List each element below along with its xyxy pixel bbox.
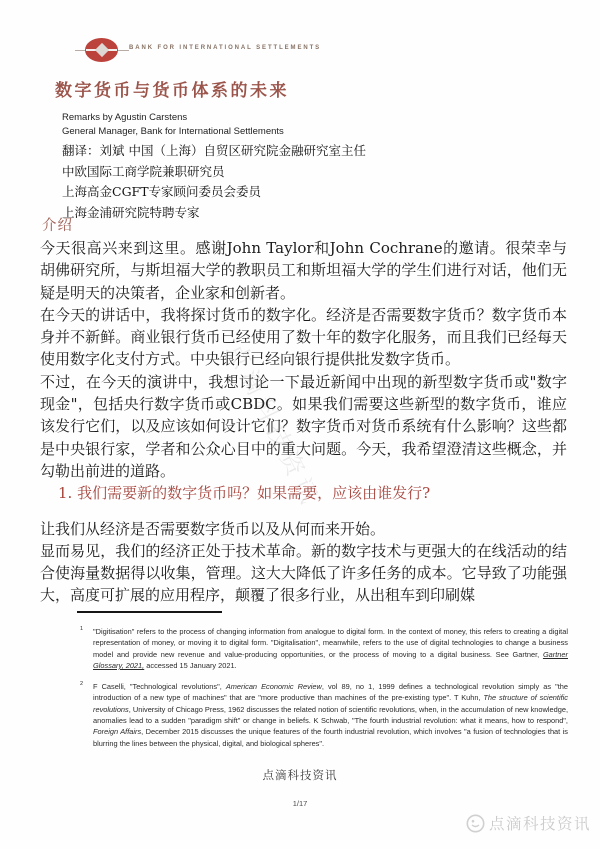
page-number: 1/17 bbox=[0, 799, 600, 808]
document-title: 数字货币与货币体系的未来 bbox=[55, 76, 289, 101]
speaker-remarks-line: Remarks by Agustin Carstens bbox=[62, 111, 284, 125]
footnote-text: accessed 15 January 2021. bbox=[144, 661, 236, 670]
journal-title: Foreign Affairs bbox=[93, 727, 141, 736]
footnote-number: 2 bbox=[80, 679, 83, 690]
body-text: 今天很高兴来到这里。感谢John Taylor和John Cochrane的邀请… bbox=[40, 237, 567, 607]
translator-line: 中欧国际工商学院兼职研究员 bbox=[62, 162, 366, 183]
bis-wordmark: BANK FOR INTERNATIONAL SETTLEMENTS bbox=[129, 45, 321, 51]
speaker-role-line: General Manager, Bank for International … bbox=[62, 125, 284, 139]
bottom-right-watermark: 点滴科技资讯 bbox=[466, 812, 591, 834]
document-page: BANK FOR INTERNATIONAL SETTLEMENTS 数字货币与… bbox=[0, 0, 600, 849]
footer-brand: 点滴科技资讯 bbox=[0, 767, 600, 783]
bottom-right-watermark-text: 点滴科技资讯 bbox=[489, 812, 591, 834]
footnote-2: 2F Caselli, "Technological revolutions",… bbox=[78, 681, 568, 749]
bis-logo bbox=[85, 38, 118, 62]
footnote-text: "Digitisation" refers to the process of … bbox=[93, 627, 568, 659]
speaker-block: Remarks by Agustin Carstens General Mana… bbox=[62, 111, 284, 138]
footnotes-block: 1"Digitisation" refers to the process of… bbox=[78, 626, 568, 759]
translator-line: 翻译：刘斌 中国（上海）自贸区研究院金融研究室主任 bbox=[62, 141, 366, 162]
paragraph: 今天很高兴来到这里。感谢John Taylor和John Cochrane的邀请… bbox=[40, 237, 567, 304]
footnote-number: 1 bbox=[80, 624, 83, 635]
translator-block: 翻译：刘斌 中国（上海）自贸区研究院金融研究室主任 中欧国际工商学院兼职研究员 … bbox=[62, 141, 366, 223]
intro-section-heading: 介绍 bbox=[42, 214, 73, 235]
paragraph-spacer bbox=[40, 505, 567, 518]
footnote-text: F Caselli, "Technological revolutions", bbox=[93, 682, 226, 691]
section-1-heading: 1. 我们需要新的数字货币吗？如果需要，应该由谁发行? bbox=[40, 482, 567, 504]
paragraph: 不过，在今天的演讲中，我想讨论一下最近新闻中出现的新型数字货币或"数字现金"，包… bbox=[40, 371, 567, 482]
translator-line: 上海高金CGFT专家顾问委员会委员 bbox=[62, 182, 366, 203]
translator-line: 上海金浦研究院特聘专家 bbox=[62, 203, 366, 224]
footnote-separator-line bbox=[77, 611, 222, 613]
paragraph: 让我们从经济是否需要数字货币以及从何而来开始。 bbox=[40, 518, 567, 540]
footnote-text: , December 2015 discusses the unique fea… bbox=[93, 727, 568, 747]
paragraph: 显而易见，我们的经济正处于技术革命。新的数字技术与更强大的在线活动的结合使海量数… bbox=[40, 540, 567, 607]
watermark-droplet-icon bbox=[466, 814, 485, 833]
journal-title: American Economic Review bbox=[226, 682, 322, 691]
footnote-1: 1"Digitisation" refers to the process of… bbox=[78, 626, 568, 671]
paragraph: 在今天的讲话中，我将探讨货币的数字化。经济是否需要数字货币？数字货币本身并不新鲜… bbox=[40, 304, 567, 371]
footnote-text: , University of Chicago Press, 1962 disc… bbox=[93, 705, 568, 725]
